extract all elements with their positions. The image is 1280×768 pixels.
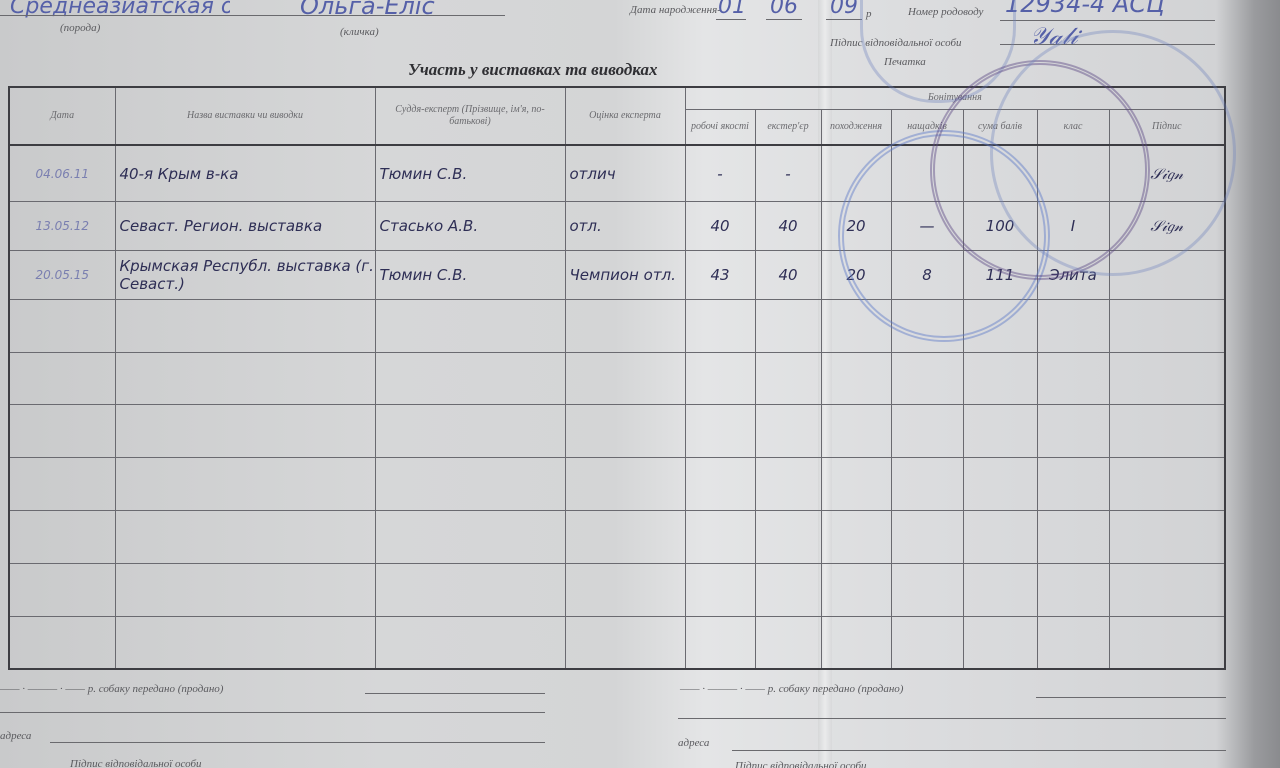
col-expert-grade: Оцінка експерта: [565, 87, 685, 145]
cell-class: Элита: [1037, 251, 1109, 300]
cell-total: [963, 563, 1037, 616]
table-row: 04.06.1140-я Крым в-каТюмин С.В.отлич--𝒮…: [9, 145, 1225, 202]
cell-show-name: [115, 299, 375, 352]
cell-total: [963, 511, 1037, 564]
table-row: 13.05.12Севаст. Регион. выставкаСтасько …: [9, 202, 1225, 251]
cell-exterior: 40: [755, 202, 821, 251]
cell-offspring: 8: [891, 251, 963, 300]
cell-offspring: —: [891, 202, 963, 251]
cell-signature: 𝒮𝒾𝑔𝓃: [1109, 145, 1225, 202]
cell-exterior: [755, 405, 821, 458]
cell-offspring: [891, 299, 963, 352]
cell-exterior: 40: [755, 251, 821, 300]
footer-right-transfer-label: р. собаку передано (продано): [768, 683, 904, 695]
stamp-label: Печатка: [884, 56, 926, 68]
cell-judge: [375, 563, 565, 616]
pedigree-number-label: Номер родоводу: [908, 6, 983, 18]
footer-right-address-label: адреса: [678, 737, 709, 749]
birth-year: 09: [830, 0, 858, 19]
cell-expert-grade: отлич: [565, 145, 685, 202]
birth-month: 06: [770, 0, 798, 19]
cell-offspring: [891, 511, 963, 564]
cell-total: [963, 299, 1037, 352]
cell-expert-grade: [565, 405, 685, 458]
cell-origin: [821, 458, 891, 511]
cell-total: [963, 352, 1037, 405]
cell-working: 43: [685, 251, 755, 300]
cell-class: [1037, 405, 1109, 458]
cell-show-name: [115, 563, 375, 616]
cell-show-name: [115, 352, 375, 405]
cell-origin: [821, 352, 891, 405]
col-bonitation-group: Бонітування: [685, 87, 1225, 109]
cell-signature: 𝒮𝒾𝑔𝓃: [1109, 202, 1225, 251]
footer-right-extra-line: [678, 718, 1226, 719]
cell-date: [9, 616, 115, 669]
cell-class: [1037, 563, 1109, 616]
cell-class: I: [1037, 202, 1109, 251]
cell-class: [1037, 352, 1109, 405]
birth-month-line: [766, 19, 802, 20]
cell-expert-grade: [565, 458, 685, 511]
pedigree-number-value: 12934-4 АСЦ: [1005, 0, 1165, 18]
cell-judge: Тюмин С.В.: [375, 145, 565, 202]
cell-expert-grade: [565, 563, 685, 616]
col-exterior: екстер'єр: [755, 109, 821, 145]
table-row: [9, 352, 1225, 405]
footer-left-transfer-label: р. собаку передано (продано): [88, 683, 224, 695]
cell-date: [9, 405, 115, 458]
cell-exterior: [755, 616, 821, 669]
cell-judge: Тюмин С.В.: [375, 251, 565, 300]
cell-total: 100: [963, 202, 1037, 251]
col-offspring: нащадків: [891, 109, 963, 145]
cell-show-name: Севаст. Регион. выставка: [115, 202, 375, 251]
cell-exterior: [755, 352, 821, 405]
footer-right-address-line: [732, 750, 1226, 751]
table-row: [9, 299, 1225, 352]
cell-working: 40: [685, 202, 755, 251]
cell-judge: Стасько А.В.: [375, 202, 565, 251]
table-row: [9, 405, 1225, 458]
col-signature: Підпис: [1109, 109, 1225, 145]
page-title: Участь у виставках та виводках: [408, 60, 658, 80]
breed-label: (порода): [60, 22, 100, 34]
cell-signature: [1109, 299, 1225, 352]
cell-date: [9, 458, 115, 511]
cell-offspring: [891, 563, 963, 616]
cell-judge: [375, 405, 565, 458]
signature-line: [1000, 44, 1215, 45]
cell-offspring: [891, 405, 963, 458]
cell-signature: [1109, 563, 1225, 616]
cell-judge: [375, 616, 565, 669]
footer-right-signature-label: Підпис відповідальної особи: [735, 760, 867, 768]
cell-signature: [1109, 458, 1225, 511]
cell-expert-grade: [565, 511, 685, 564]
col-origin: походження: [821, 109, 891, 145]
footer-left-address-label: адреса: [0, 730, 31, 742]
footer-left-transfer: —— · ——— · —— р. собаку передано (продан…: [0, 683, 223, 695]
cell-class: [1037, 511, 1109, 564]
cell-exterior: -: [755, 145, 821, 202]
birth-day-line: [716, 19, 746, 20]
cell-class: [1037, 145, 1109, 202]
birth-year-line: [826, 19, 862, 20]
col-total-points: сума балів: [963, 109, 1037, 145]
cell-signature: [1109, 352, 1225, 405]
cell-working: -: [685, 145, 755, 202]
cell-working: [685, 458, 755, 511]
footer-right-transfer-line: [1036, 697, 1226, 698]
cell-expert-grade: [565, 616, 685, 669]
cell-offspring: [891, 352, 963, 405]
cell-origin: 20: [821, 251, 891, 300]
cell-judge: [375, 458, 565, 511]
shows-table: Дата Назва виставки чи виводки Суддя-екс…: [8, 86, 1226, 670]
cell-class: [1037, 616, 1109, 669]
birth-date-label: Дата народження-: [630, 4, 721, 16]
footer-right-transfer: —— · ——— · —— р. собаку передано (продан…: [680, 683, 903, 695]
table-row: 20.05.15Крымская Республ. выставка (г. С…: [9, 251, 1225, 300]
cell-working: [685, 405, 755, 458]
col-show-name: Назва виставки чи виводки: [115, 87, 375, 145]
col-judge: Суддя-експерт (Прізвище, ім'я, по-батько…: [375, 87, 565, 145]
cell-show-name: 40-я Крым в-ка: [115, 145, 375, 202]
cell-date: 20.05.15: [9, 251, 115, 300]
cell-total: [963, 405, 1037, 458]
cell-signature: [1109, 511, 1225, 564]
cell-working: [685, 352, 755, 405]
table-row: [9, 458, 1225, 511]
signature-label: Підпис відповідальної особи: [830, 37, 962, 49]
cell-total: [963, 145, 1037, 202]
cell-date: [9, 511, 115, 564]
cell-expert-grade: Чемпион отл.: [565, 251, 685, 300]
footer-left-address-line: [50, 742, 545, 743]
cell-origin: [821, 299, 891, 352]
year-suffix: р: [866, 8, 872, 20]
cell-origin: 20: [821, 202, 891, 251]
cell-date: 13.05.12: [9, 202, 115, 251]
pedigree-number-line: [1000, 20, 1215, 21]
cell-working: [685, 616, 755, 669]
table-row: [9, 511, 1225, 564]
cell-offspring: [891, 145, 963, 202]
cell-exterior: [755, 299, 821, 352]
cell-expert-grade: [565, 352, 685, 405]
cell-offspring: [891, 458, 963, 511]
nickname-value: Ольга-Еліс: [300, 0, 435, 20]
birth-day: 01: [718, 0, 746, 19]
cell-expert-grade: отл.: [565, 202, 685, 251]
cell-origin: [821, 405, 891, 458]
cell-exterior: [755, 511, 821, 564]
nickname-label: (кличка): [340, 26, 379, 38]
cell-date: [9, 563, 115, 616]
cell-show-name: Крымская Республ. выставка (г. Севаст.): [115, 251, 375, 300]
cell-signature: [1109, 405, 1225, 458]
col-working-qualities: робочі якості: [685, 109, 755, 145]
footer-left-extra-line: [0, 712, 545, 713]
cell-show-name: [115, 511, 375, 564]
responsible-signature: 𝒴𝒶𝓁𝒾: [1030, 22, 1078, 50]
col-date: Дата: [9, 87, 115, 145]
footer-left-transfer-line: [365, 693, 545, 694]
cell-working: [685, 299, 755, 352]
cell-total: 111: [963, 251, 1037, 300]
col-class: клас: [1037, 109, 1109, 145]
cell-working: [685, 563, 755, 616]
footer-left-signature-label: Підпис відповідальної особи: [70, 758, 202, 768]
table-row: [9, 563, 1225, 616]
table-row: [9, 616, 1225, 669]
cell-signature: [1109, 251, 1225, 300]
cell-origin: [821, 616, 891, 669]
cell-signature: [1109, 616, 1225, 669]
cell-offspring: [891, 616, 963, 669]
cell-show-name: [115, 458, 375, 511]
cell-exterior: [755, 563, 821, 616]
breed-value: Среднеазиатская овчарка: [10, 0, 230, 19]
cell-judge: [375, 352, 565, 405]
cell-origin: [821, 145, 891, 202]
cell-total: [963, 616, 1037, 669]
cell-class: [1037, 458, 1109, 511]
cell-class: [1037, 299, 1109, 352]
cell-origin: [821, 563, 891, 616]
cell-expert-grade: [565, 299, 685, 352]
cell-judge: [375, 299, 565, 352]
cell-show-name: [115, 616, 375, 669]
cell-judge: [375, 511, 565, 564]
cell-working: [685, 511, 755, 564]
cell-date: [9, 299, 115, 352]
cell-origin: [821, 511, 891, 564]
cell-exterior: [755, 458, 821, 511]
cell-date: [9, 352, 115, 405]
cell-date: 04.06.11: [9, 145, 115, 202]
cell-show-name: [115, 405, 375, 458]
cell-total: [963, 458, 1037, 511]
